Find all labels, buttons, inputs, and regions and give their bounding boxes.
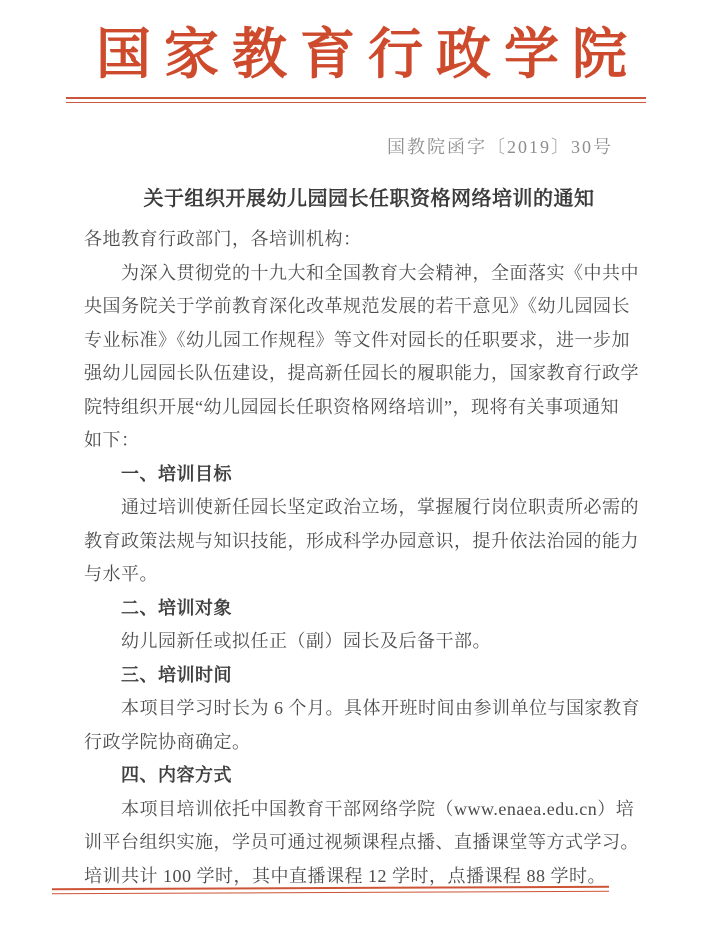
- letterhead-org-name: 国家教育行政学院: [0, 20, 710, 90]
- paragraph-line: 强幼儿园园长队伍建设，提高新任园长的履职能力，国家教育行政学: [84, 357, 634, 391]
- paragraph-line: 与水平。: [84, 558, 634, 592]
- paragraph-line: 为深入贯彻党的十九大和全国教育大会精神，全面落实《中共中: [84, 257, 634, 291]
- letterhead-divider-line: [66, 97, 646, 103]
- notice-title: 关于组织开展幼儿园园长任职资格网络培训的通知: [0, 184, 710, 214]
- paragraph-line: 本项目学习时长为 6 个月。具体开班时间由参训单位与国家教育: [84, 692, 634, 726]
- paragraph-line: 教育政策法规与知识技能，形成科学办园意识，提升依法治园的能力: [84, 525, 634, 559]
- section-heading: 一、培训目标: [84, 458, 634, 492]
- paragraph-line: 央国务院关于学前教育深化改革规范发展的若干意见》《幼儿园园长: [84, 290, 634, 324]
- paragraph-line: 行政学院协商确定。: [84, 726, 634, 760]
- paragraph-line: 如下：: [84, 424, 634, 458]
- paragraph-line: 本项目培训依托中国教育干部网络学院（www.enaea.edu.cn）培: [84, 793, 634, 827]
- paragraph-line: 通过培训使新任园长坚定政治立场，掌握履行岗位职责所必需的: [84, 491, 634, 525]
- paragraph-line: 训平台组织实施，学员可通过视频课程点播、直播课堂等方式学习。: [84, 826, 634, 860]
- section-heading: 四、内容方式: [84, 759, 634, 793]
- paragraph-line: 幼儿园新任或拟任正（副）园长及后备干部。: [84, 625, 634, 659]
- paragraph-line: 院特组织开展“幼儿园园长任职资格网络培训”，现将有关事项通知: [84, 391, 634, 425]
- body-blocks: 为深入贯彻党的十九大和全国教育大会精神，全面落实《中共中央国务院关于学前教育深化…: [84, 257, 634, 894]
- paragraph-line: 专业标准》《幼儿园工作规程》等文件对园长的任职要求，进一步加: [84, 324, 634, 358]
- section-heading: 三、培训时间: [84, 659, 634, 693]
- section-heading: 二、培训对象: [84, 592, 634, 626]
- scanned-notice-page: 国家教育行政学院 国教院函字〔2019〕30号 关于组织开展幼儿园园长任职资格网…: [0, 0, 710, 948]
- document-body: 各地教育行政部门，各培训机构： 为深入贯彻党的十九大和全国教育大会精神，全面落实…: [0, 223, 710, 893]
- salutation: 各地教育行政部门，各培训机构：: [84, 223, 634, 257]
- document-number: 国教院函字〔2019〕30号: [0, 134, 710, 160]
